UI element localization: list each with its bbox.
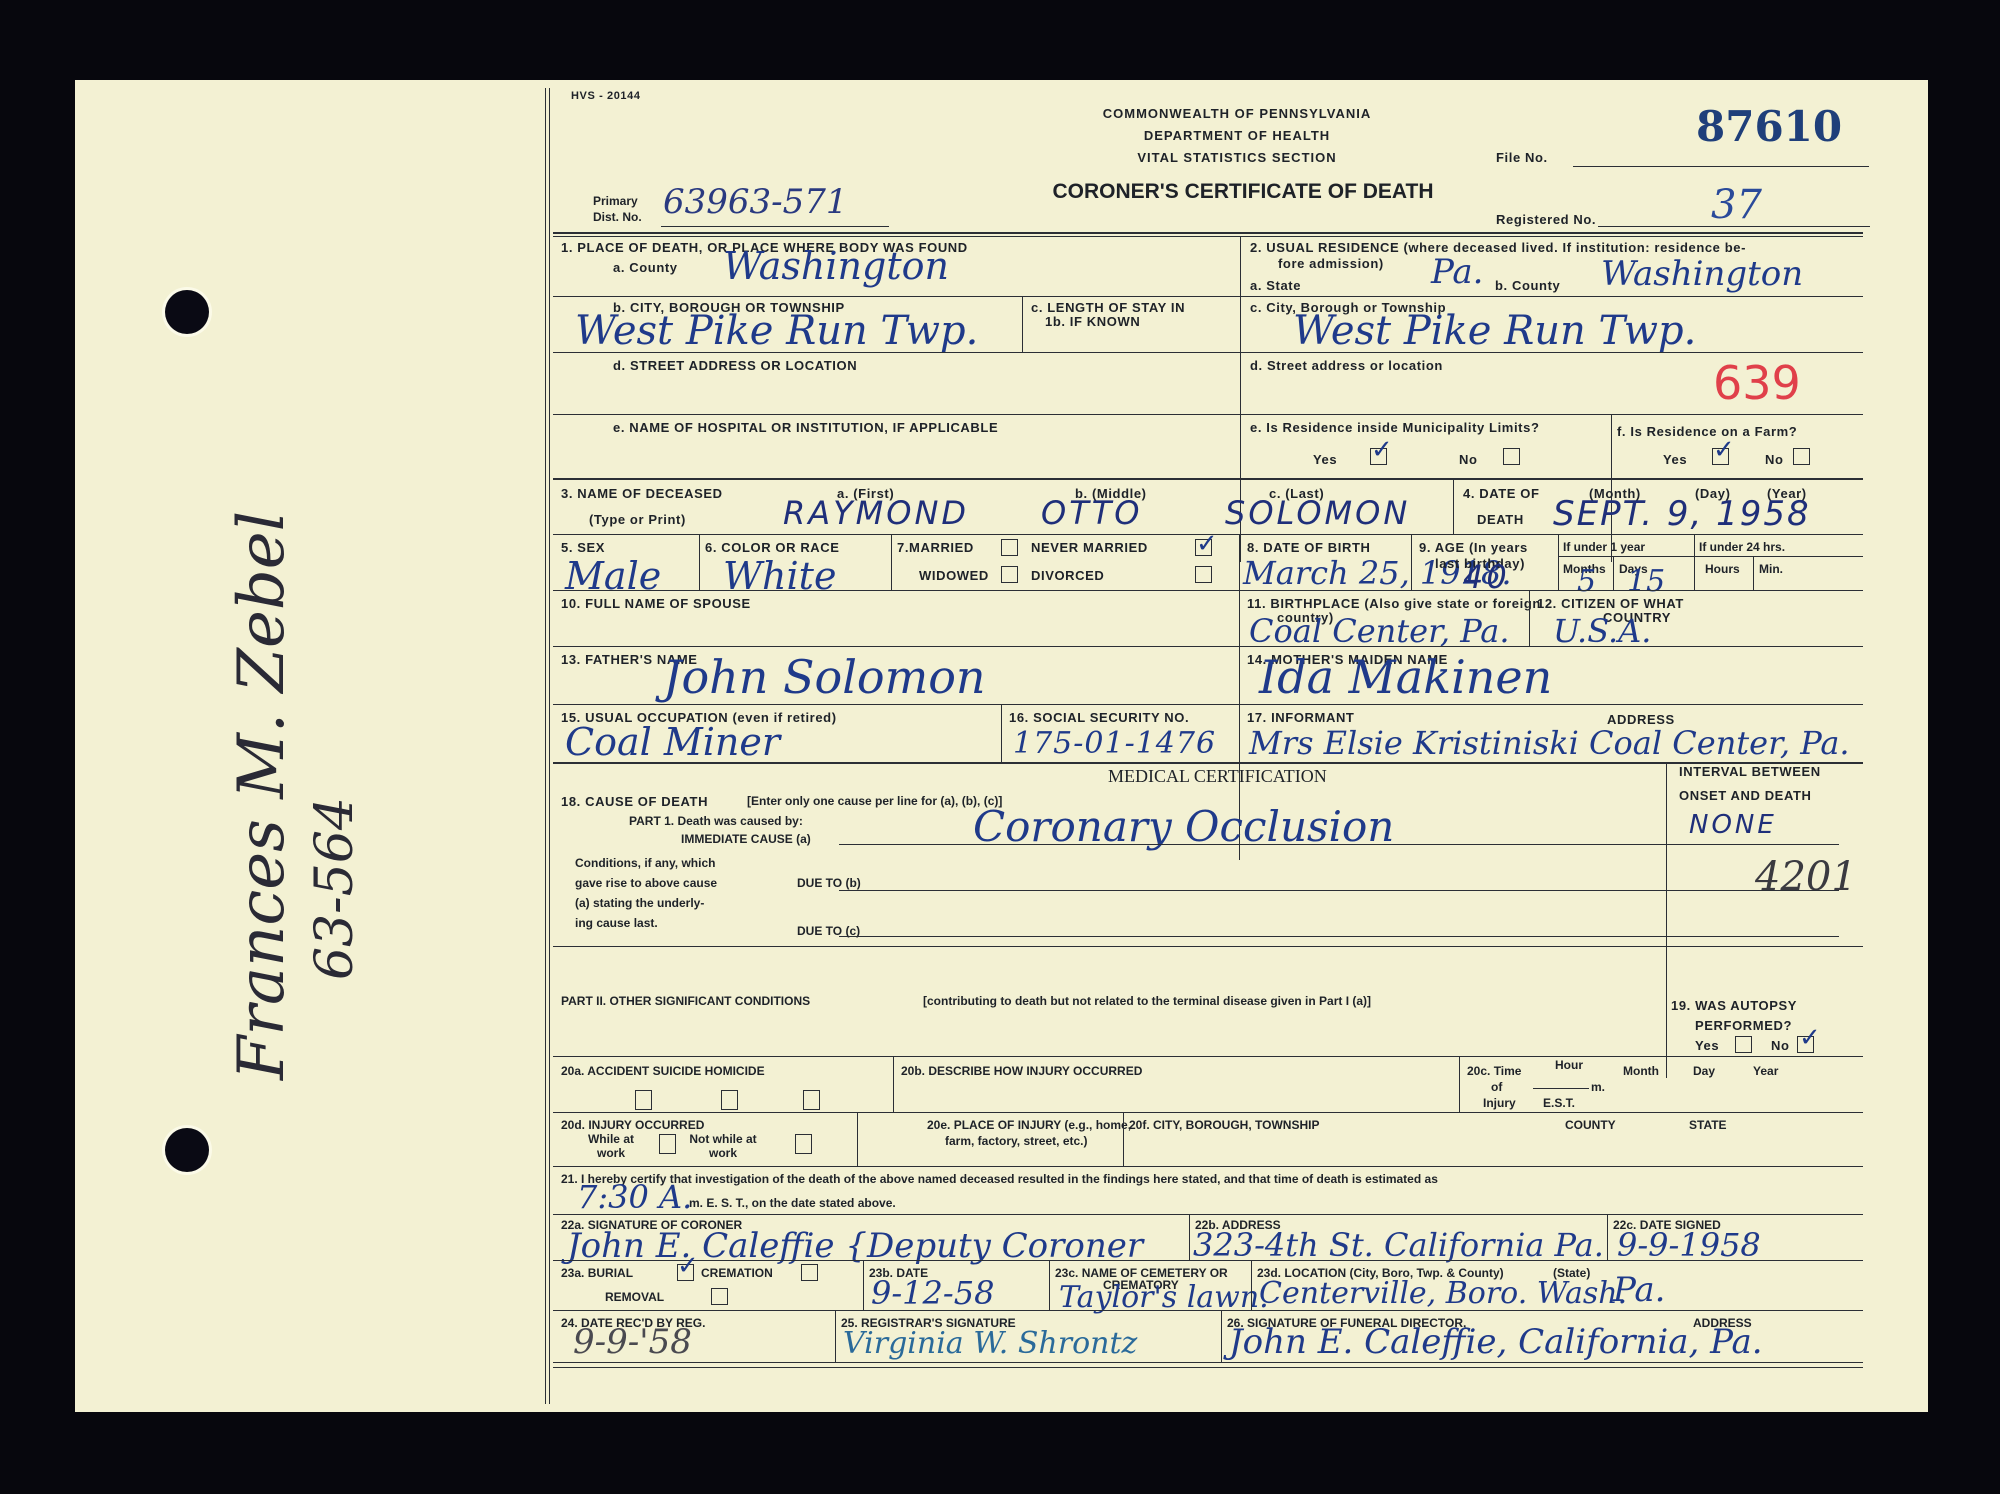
death-date-value: SEPT. 9, 1958 (1553, 494, 1811, 534)
race-label: 6. COLOR OR RACE (705, 540, 840, 555)
res-state-label: a. State (1250, 278, 1301, 293)
under-year-label: If under 1 year (1563, 540, 1645, 554)
rule (839, 890, 1839, 891)
rule (553, 590, 1863, 591)
citizen-label-1: 12. CITIZEN OF WHAT (1537, 596, 1684, 611)
divider (1613, 556, 1614, 590)
injury-m-label: m. (1591, 1080, 1605, 1094)
divider (1459, 1056, 1460, 1112)
divider (1221, 1310, 1222, 1362)
rule (553, 1367, 1863, 1368)
married-checkbox[interactable] (1001, 539, 1018, 556)
birthplace-label-1: 11. BIRTHPLACE (Also give state or forei… (1247, 596, 1541, 611)
pod-stay-label-1: c. LENGTH OF STAY IN (1031, 300, 1185, 315)
accident-checkbox[interactable] (635, 1090, 652, 1110)
disposition-location-value: Centerville, Boro. Wash. (1259, 1276, 1627, 1311)
autopsy-label-1: 19. WAS AUTOPSY (1671, 998, 1797, 1013)
while-at-work-label: While at work (581, 1132, 641, 1160)
birth-date-label: 8. DATE OF BIRTH (1247, 540, 1370, 555)
punch-hole-top (165, 290, 209, 334)
primary-dist-label-1: Primary (593, 194, 638, 208)
injury-city-label: 20f. CITY, BOROUGH, TOWNSHIP (1129, 1118, 1319, 1132)
divider (1753, 556, 1754, 590)
race-value: White (723, 554, 836, 598)
header-rule (553, 232, 1863, 234)
primary-dist-value: 63963-571 (663, 182, 848, 222)
min-label: Min. (1759, 562, 1783, 576)
primary-dist-label-2: Dist. No. (593, 210, 642, 224)
divider (1666, 762, 1667, 1078)
pod-street-label: d. STREET ADDRESS OR LOCATION (613, 358, 857, 373)
medical-title: MEDICAL CERTIFICATION (1108, 766, 1327, 787)
rule (553, 946, 1666, 947)
certification-text-2: m. E. S. T., on the date stated above. (689, 1196, 896, 1210)
divorced-checkbox[interactable] (1195, 566, 1212, 583)
rule (553, 1214, 1863, 1215)
rule (1240, 414, 1863, 415)
file-no-label: File No. (1496, 150, 1548, 165)
divider (893, 1056, 894, 1112)
injury-county-label: COUNTY (1565, 1118, 1616, 1132)
file-no-value: 87610 (1696, 102, 1842, 151)
sex-value: Male (565, 554, 661, 598)
res-farm-no-label: No (1765, 452, 1784, 467)
injury-day-label: Day (1693, 1064, 1715, 1078)
rule (553, 478, 1863, 480)
divider (699, 534, 700, 590)
not-while-at-work-checkbox[interactable] (795, 1134, 812, 1154)
part2-label: PART II. OTHER SIGNIFICANT CONDITIONS (561, 994, 810, 1008)
divider (835, 1310, 836, 1362)
certification-text: 21. I hereby certify that investigation … (561, 1172, 1438, 1186)
never-married-label: NEVER MARRIED (1031, 540, 1148, 555)
conditions-text-4: ing cause last. (575, 916, 658, 930)
registered-no-label: Registered No. (1496, 212, 1596, 227)
rule (553, 296, 1240, 297)
homicide-checkbox[interactable] (803, 1090, 820, 1110)
occupation-value: Coal Miner (565, 720, 780, 764)
informant-label: 17. INFORMANT (1247, 710, 1354, 725)
under-day-label: If under 24 hrs. (1699, 540, 1785, 554)
date-signed-value: 9-9-1958 (1617, 1226, 1761, 1264)
registered-no-underline (1598, 226, 1870, 227)
place-of-injury-label-2: farm, factory, street, etc.) (945, 1134, 1088, 1148)
injury-manner-label: 20a. ACCIDENT SUICIDE HOMICIDE (561, 1064, 765, 1078)
cause-note: [Enter only one cause per line for (a), … (747, 794, 1002, 808)
divider (1123, 1112, 1124, 1166)
divider (1411, 534, 1412, 590)
autopsy-no-label: No (1771, 1038, 1790, 1053)
res-farm-label: f. Is Residence on a Farm? (1617, 424, 1797, 439)
rule (1240, 352, 1863, 353)
rule (553, 1056, 1863, 1057)
pod-county-label: a. County (613, 260, 678, 275)
pod-hospital-label: e. NAME OF HOSPITAL OR INSTITUTION, IF A… (613, 420, 998, 435)
res-city-value: West Pike Run Twp. (1293, 308, 1696, 354)
divider (1694, 534, 1695, 590)
conditions-text-2: gave rise to above cause (575, 876, 717, 890)
rule (839, 844, 1839, 845)
deceased-label: 3. NAME OF DECEASED (561, 486, 723, 501)
margin-note-name: Frances M. Zebel (225, 511, 299, 1080)
while-at-work-checkbox[interactable] (659, 1134, 676, 1154)
not-while-at-work-label: Not while at work (687, 1132, 759, 1160)
rule (553, 1260, 1863, 1261)
suicide-checkbox[interactable] (721, 1090, 738, 1110)
part2-note: [contributing to death but not related t… (923, 994, 1371, 1008)
mother-value: Ida Makinen (1259, 650, 1552, 704)
residence-label-1: 2. USUAL RESIDENCE (where deceased lived… (1250, 240, 1746, 255)
immediate-label: IMMEDIATE CAUSE (a) (681, 832, 811, 846)
time-label-2: of (1491, 1080, 1502, 1094)
primary-dist-underline (661, 226, 889, 227)
age-label-1: 9. AGE (In years (1419, 540, 1528, 555)
deceased-sub-label: (Type or Print) (589, 512, 686, 527)
disposition-date-value: 9-12-58 (871, 1274, 994, 1312)
certificate-form: HVS - 20144 COMMONWEALTH OF PENNSYLVANIA… (553, 84, 1863, 1392)
coroner-address-value: 323-4th St. California Pa. (1193, 1226, 1604, 1264)
divider (1049, 1260, 1050, 1310)
rule (553, 1112, 1863, 1113)
res-municipality-label: e. Is Residence inside Municipality Limi… (1250, 420, 1539, 435)
injury-month-label: Month (1623, 1064, 1659, 1078)
rule (1558, 556, 1863, 557)
divorced-label: DIVORCED (1031, 568, 1104, 583)
conditions-text-3: (a) stating the underly- (575, 896, 704, 910)
ssn-label: 16. SOCIAL SECURITY NO. (1009, 710, 1189, 725)
autopsy-yes-label: Yes (1695, 1038, 1719, 1053)
divider (1558, 534, 1559, 590)
sex-label: 5. SEX (561, 540, 605, 555)
checkmark-icon: ✓ (1196, 530, 1218, 556)
last-name-value: SOLOMON (1225, 494, 1410, 532)
code-annotation: 4201 (1755, 854, 1857, 900)
divider (1529, 590, 1530, 646)
res-farm-no-checkbox[interactable] (1793, 448, 1810, 465)
registrar-signature-value: Virginia W. Shrontz (843, 1326, 1137, 1361)
injury-state-label: STATE (1689, 1118, 1727, 1132)
rule (839, 936, 1839, 937)
pod-stay-label-2: 1b. IF KNOWN (1045, 314, 1140, 329)
divider (1453, 478, 1454, 534)
res-street-annotation: 639 (1713, 356, 1801, 410)
autopsy-label-2: PERFORMED? (1695, 1018, 1792, 1033)
injury-est-label: E.S.T. (1543, 1096, 1575, 1110)
divider (1251, 1260, 1252, 1310)
header-rule-2 (553, 236, 1863, 237)
months-value: 5 (1577, 564, 1596, 599)
spouse-label: 10. FULL NAME OF SPOUSE (561, 596, 751, 611)
rule (553, 1310, 1863, 1311)
rule (553, 414, 1240, 415)
rule (1240, 296, 1863, 297)
res-county-value: Washington (1601, 254, 1803, 294)
agency-line-3: VITAL STATISTICS SECTION (1037, 150, 1437, 165)
rule (1533, 1088, 1589, 1089)
first-name-value: RAYMOND (783, 494, 969, 532)
injury-year-label: Year (1753, 1064, 1778, 1078)
file-no-underline (1573, 166, 1869, 167)
res-municipality-no-label: No (1459, 452, 1478, 467)
divider (857, 1112, 858, 1166)
checkmark-icon: ✓ (1371, 436, 1393, 462)
funeral-director-value: John E. Caleffie, California, Pa. (1229, 1322, 1763, 1362)
informant-value: Mrs Elsie Kristiniski Coal Center, Pa. (1249, 724, 1850, 762)
time-label-3: Injury (1483, 1096, 1516, 1110)
cremation-checkbox[interactable] (801, 1264, 818, 1281)
time-label-1: 20c. Time (1467, 1064, 1521, 1078)
res-state-value: Pa. (1431, 252, 1483, 292)
cremation-label: CREMATION (701, 1266, 773, 1280)
injury-describe-label: 20b. DESCRIBE HOW INJURY OCCURRED (901, 1064, 1142, 1078)
widowed-checkbox[interactable] (1001, 566, 1018, 583)
father-value: John Solomon (663, 650, 986, 704)
pod-city-value: West Pike Run Twp. (575, 308, 978, 354)
rule (553, 352, 1240, 353)
autopsy-yes-checkbox[interactable] (1735, 1036, 1752, 1053)
res-county-label: b. County (1495, 278, 1560, 293)
conditions-text-1: Conditions, if any, which (575, 856, 715, 870)
divider (1001, 704, 1002, 762)
injury-occurred-label: 20d. INJURY OCCURRED (561, 1118, 704, 1132)
divider (1189, 1214, 1190, 1260)
rule (553, 1362, 1863, 1363)
birthplace-value: Coal Center, Pa. (1249, 612, 1510, 650)
middle-name-value: OTTO (1041, 494, 1142, 532)
ssn-value: 175-01-1476 (1013, 726, 1216, 761)
hours-label: Hours (1705, 562, 1740, 576)
checkmark-icon: ✓ (677, 1252, 699, 1278)
agency-line-2: DEPARTMENT OF HEALTH (1037, 128, 1437, 143)
disposition-state-value: Pa. (1613, 1270, 1665, 1310)
interval-label-2: ONSET AND DEATH (1679, 788, 1812, 803)
interval-label-1: INTERVAL BETWEEN (1679, 764, 1821, 779)
death-date-label-1: 4. DATE OF (1463, 486, 1540, 501)
days-value: 15 (1627, 564, 1665, 599)
divider (1022, 296, 1023, 352)
removal-checkbox[interactable] (711, 1288, 728, 1305)
rule (553, 704, 1863, 705)
widowed-label: WIDOWED (919, 568, 989, 583)
pod-county-value: Washington (723, 244, 949, 288)
res-municipality-yes-label: Yes (1313, 452, 1337, 467)
due-to-b-label: DUE TO (b) (797, 876, 861, 890)
rule (553, 1166, 1863, 1167)
citizen-value: U.S.A. (1553, 612, 1651, 650)
burial-label: 23a. BURIAL (561, 1266, 633, 1280)
injury-hour-label: Hour (1555, 1058, 1583, 1072)
death-date-label-2: DEATH (1477, 512, 1524, 527)
cause-label: 18. CAUSE OF DEATH (561, 794, 708, 809)
divider (891, 534, 892, 590)
registered-no-value: 37 (1711, 182, 1762, 228)
form-code: HVS - 20144 (571, 90, 641, 102)
part1-label: PART 1. Death was caused by: (629, 814, 803, 828)
divider (1607, 1214, 1608, 1260)
interval-value: NONE (1689, 810, 1777, 840)
time-of-death-value: 7:30 A. (577, 1178, 692, 1216)
date-received-value: 9-9-'58 (573, 1322, 692, 1362)
divider (863, 1260, 864, 1310)
res-municipality-no-checkbox[interactable] (1503, 448, 1520, 465)
agency-line-1: COMMONWEALTH OF PENNSYLVANIA (1037, 106, 1437, 121)
rule (1666, 946, 1863, 947)
married-label: 7.MARRIED (897, 540, 974, 555)
residence-label-2: fore admission) (1278, 256, 1384, 271)
place-of-injury-label-1: 20e. PLACE OF INJURY (e.g., home, (927, 1118, 1131, 1132)
res-street-label: d. Street address or location (1250, 358, 1443, 373)
rule (553, 646, 1863, 647)
removal-label: REMOVAL (605, 1290, 664, 1304)
checkmark-icon: ✓ (1713, 436, 1735, 462)
form-left-border (545, 88, 550, 1404)
form-title: CORONER'S CERTIFICATE OF DEATH (1033, 180, 1453, 204)
res-farm-yes-label: Yes (1663, 452, 1687, 467)
punch-hole-bottom (165, 1128, 209, 1172)
margin-note-number: 63-564 (305, 797, 365, 980)
checkmark-icon: ✓ (1799, 1024, 1821, 1050)
